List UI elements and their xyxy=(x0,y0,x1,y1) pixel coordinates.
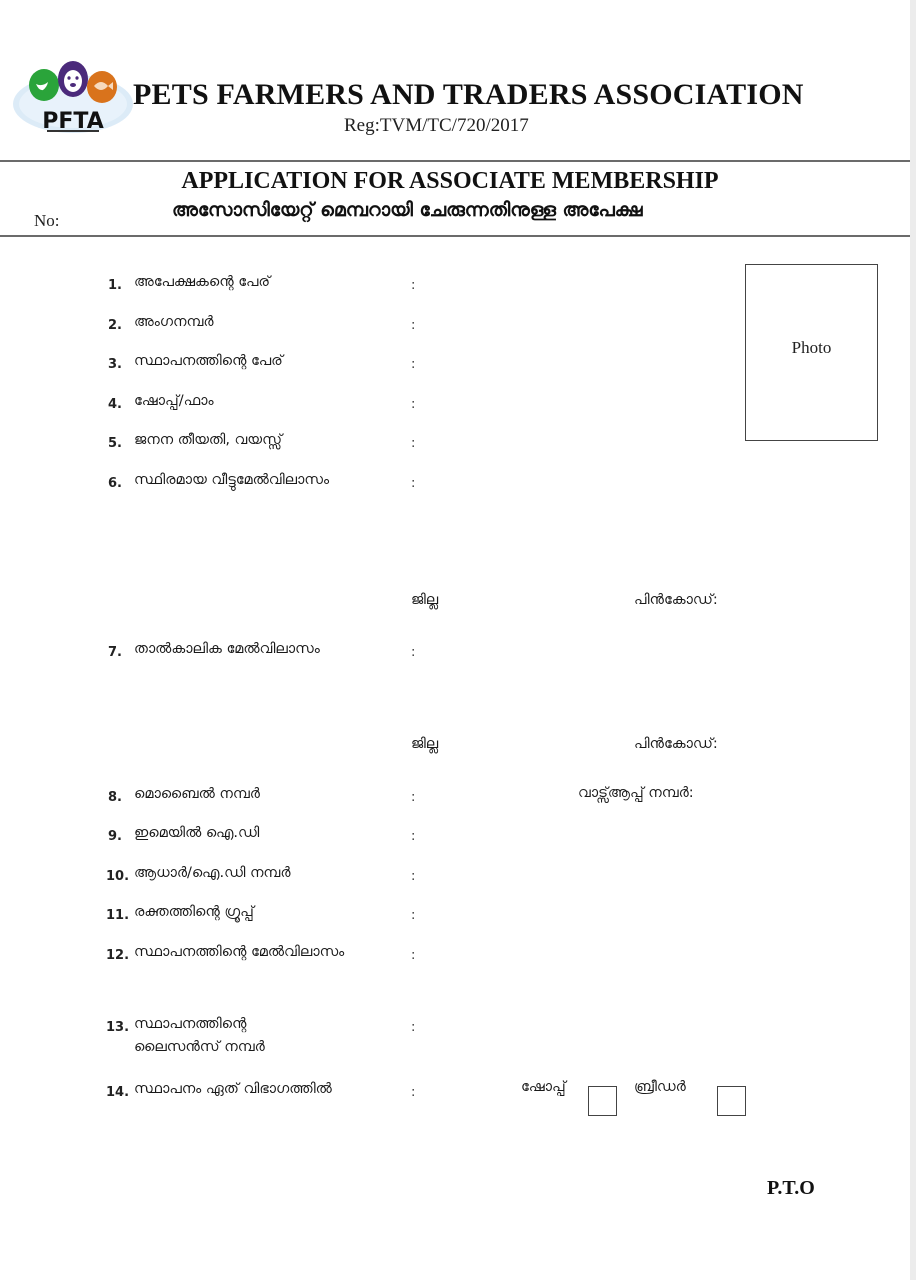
field-label: മൊബൈൽ നമ്പർ xyxy=(134,786,260,802)
district-label-permanent: ജില്ല xyxy=(411,592,438,608)
field-label: ആധാർ/ഐ.ഡി നമ്പർ xyxy=(134,865,291,881)
field-colon: : xyxy=(411,318,415,333)
field-input-area[interactable] xyxy=(425,351,725,373)
field-label: ജനന തീയതി, വയസ്സ് xyxy=(134,432,282,448)
photo-box[interactable]: Photo xyxy=(745,264,878,441)
field-colon: : xyxy=(411,278,415,293)
field-colon: : xyxy=(411,869,415,884)
field-colon: : xyxy=(411,829,415,844)
field-label: താൽകാലിക മേൽവിലാസം xyxy=(134,641,320,657)
application-number-label: No: xyxy=(34,211,60,231)
category-shop-checkbox[interactable] xyxy=(588,1086,617,1116)
field-colon: : xyxy=(411,397,415,412)
divider-top xyxy=(0,160,910,162)
field-label: രക്തത്തിന്റെ ഗ്രൂപ്പ് xyxy=(134,904,254,920)
pincode-label-permanent: പിൻകോഡ്: xyxy=(634,592,718,608)
field-label: ഇമെയിൽ ഐ.ഡി xyxy=(134,825,259,841)
field-input-area[interactable] xyxy=(425,823,745,845)
field-number: 10. xyxy=(106,869,129,884)
field-number: 11. xyxy=(106,908,129,923)
field-input-area[interactable] xyxy=(425,272,725,294)
category-breeder-checkbox[interactable] xyxy=(717,1086,746,1116)
field-number: 13. xyxy=(106,1020,129,1035)
field-input-area[interactable] xyxy=(425,1079,745,1101)
field-input-area[interactable] xyxy=(425,470,725,492)
field-label: അംഗനമ്പർ xyxy=(134,314,214,330)
field-label: സ്ഥാപനത്തിന്റെ മേൽവിലാസം xyxy=(134,944,344,960)
field-colon: : xyxy=(411,1085,415,1100)
field-input-area[interactable] xyxy=(425,902,745,924)
application-title-text: APPLICATION FOR ASSOCIATE MEMBERSHIP xyxy=(181,168,718,195)
field-label: സ്ഥാപനത്തിന്റെ പേര് xyxy=(134,353,283,369)
field-colon: : xyxy=(411,645,415,660)
registration-number: Reg:TVM/TC/720/2017 xyxy=(344,115,529,137)
field-input-area[interactable] xyxy=(425,391,725,413)
field-colon: : xyxy=(411,790,415,805)
pfta-logo: PFTA xyxy=(12,60,134,134)
divider-bottom xyxy=(0,235,910,237)
page-edge xyxy=(910,0,916,1280)
field-number: 4. xyxy=(108,397,122,412)
field-input-area[interactable] xyxy=(425,863,745,885)
field-label: ഷോപ്പ്/ഫാം xyxy=(134,393,214,409)
photo-label: Photo xyxy=(746,338,877,358)
field-input-area[interactable] xyxy=(425,1014,745,1036)
field-label: സ്ഥിരമായ വീട്ടുമേൽവിലാസം xyxy=(134,472,329,488)
field-number: 3. xyxy=(108,357,122,372)
field-label: അപേക്ഷകന്റെ പേര് xyxy=(134,274,270,290)
field-number: 6. xyxy=(108,476,122,491)
field-colon: : xyxy=(411,948,415,963)
field-colon: : xyxy=(411,1020,415,1035)
please-turn-over: P.T.O xyxy=(767,1177,815,1200)
field-colon: : xyxy=(411,357,415,372)
field-label-line2: ലൈസൻസ് നമ്പർ xyxy=(134,1039,265,1055)
field-input-area[interactable] xyxy=(425,639,745,661)
field-number: 12. xyxy=(106,948,129,963)
field-number: 14. xyxy=(106,1085,129,1100)
category-shop-label: ഷോപ്പ് xyxy=(521,1079,566,1095)
application-title: APPLICATION FOR ASSOCIATE MEMBERSHIP xyxy=(0,168,900,195)
district-label-temporary: ജില്ല xyxy=(411,736,438,752)
pincode-label-temporary: പിൻകോഡ്: xyxy=(634,736,718,752)
field-number: 2. xyxy=(108,318,122,333)
organization-name: PETS FARMERS AND TRADERS ASSOCIATION xyxy=(133,78,804,112)
application-title-malayalam: അസോസിയേറ്റ് മെമ്പറായി ചേരുന്നതിനുള്ള അപേ… xyxy=(172,199,643,221)
field-number: 9. xyxy=(108,829,122,844)
field-number: 8. xyxy=(108,790,122,805)
field-input-area[interactable] xyxy=(425,942,745,964)
field-label: സ്ഥാപനത്തിന്റെ xyxy=(134,1016,246,1032)
field-number: 5. xyxy=(108,436,122,451)
field-colon: : xyxy=(411,436,415,451)
whatsapp-number-label: വാട്സ്ആപ്പ് നമ്പർ: xyxy=(578,785,694,801)
field-number: 1. xyxy=(108,278,122,293)
field-label: സ്ഥാപനം ഏത് വിഭാഗത്തിൽ xyxy=(134,1081,332,1097)
field-number: 7. xyxy=(108,645,122,660)
field-colon: : xyxy=(411,476,415,491)
field-input-area[interactable] xyxy=(425,312,725,334)
category-breeder-label: ബ്രീഡർ xyxy=(634,1079,686,1095)
field-colon: : xyxy=(411,908,415,923)
field-input-area[interactable] xyxy=(425,430,725,452)
